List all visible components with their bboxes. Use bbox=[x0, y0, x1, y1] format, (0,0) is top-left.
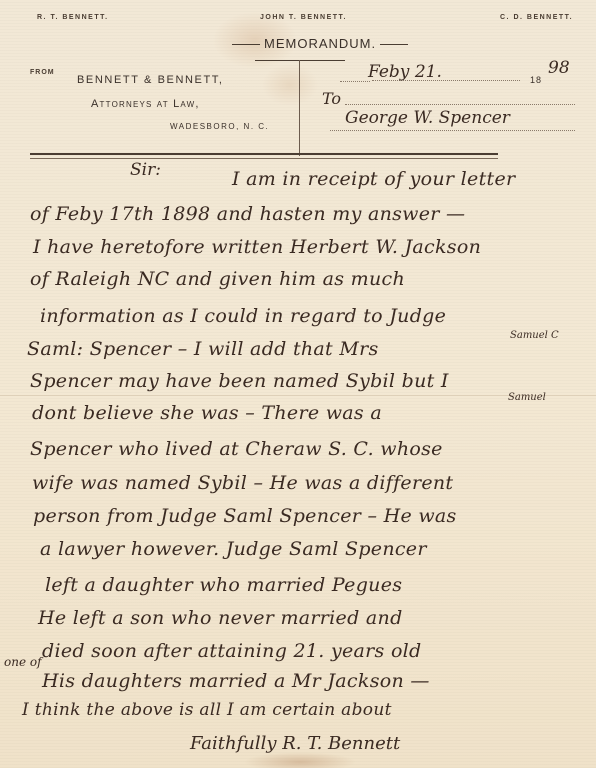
memorandum-letter: R. T. BENNETT. JOHN T. BENNETT. C. D. BE… bbox=[0, 0, 596, 768]
paper-fold-line bbox=[0, 395, 596, 396]
from-label: FROM bbox=[30, 69, 55, 76]
body-line-2: of Feby 17th 1898 and hasten my answer — bbox=[30, 203, 465, 225]
body-line-16: His daughters married a Mr Jackson — bbox=[42, 670, 430, 692]
body-line-15: died soon after attaining 21. years old bbox=[42, 640, 422, 662]
to-line bbox=[345, 104, 575, 105]
header-divider bbox=[299, 60, 300, 156]
body-line-17: I think the above is all I am certain ab… bbox=[22, 700, 392, 720]
body-line-1: I am in receipt of your letter bbox=[232, 168, 515, 190]
body-line-5: information as I could in regard to Judg… bbox=[40, 305, 446, 327]
year-prefix: 18 bbox=[530, 75, 542, 85]
header-rule-thick bbox=[30, 153, 498, 155]
partner-name-cd: C. D. BENNETT. bbox=[500, 14, 573, 21]
partner-name-john: JOHN T. BENNETT. bbox=[260, 14, 347, 21]
body-line-8: dont believe she was – There was a bbox=[32, 402, 382, 424]
title-ornament-rule bbox=[255, 60, 345, 61]
header-rule-thin bbox=[30, 158, 498, 159]
date-handwritten: Feby 21. bbox=[368, 62, 442, 82]
firm-name: BENNETT & BENNETT, bbox=[77, 74, 224, 86]
insertion-samuel-c: Samuel C bbox=[510, 330, 559, 341]
body-line-9: Spencer who lived at Cheraw S. C. whose bbox=[30, 438, 443, 460]
partner-name-rt: R. T. BENNETT. bbox=[37, 14, 109, 21]
salutation: Sir: bbox=[130, 160, 161, 180]
insertion-samuel: Samuel bbox=[508, 392, 546, 403]
body-line-10: wife was named Sybil – He was a differen… bbox=[32, 472, 453, 494]
memorandum-title: MEMORANDUM. bbox=[228, 36, 412, 51]
body-line-12: a lawyer however. Judge Saml Spencer bbox=[40, 538, 427, 560]
body-line-6: Saml: Spencer – I will add that Mrs bbox=[27, 338, 379, 360]
firm-subtitle: Attorneys at Law, bbox=[91, 98, 200, 110]
date-line-left bbox=[340, 81, 370, 82]
closing-signature: Faithfully R. T. Bennett bbox=[190, 733, 400, 754]
body-line-11: person from Judge Saml Spencer – He was bbox=[33, 505, 457, 527]
body-line-7: Spencer may have been named Sybil but I bbox=[30, 370, 449, 392]
addressee-handwritten: George W. Spencer bbox=[345, 108, 510, 128]
body-line-4: of Raleigh NC and given him as much bbox=[30, 268, 405, 290]
addressee-line bbox=[330, 130, 575, 131]
year-suffix-handwritten: 98 bbox=[548, 58, 570, 78]
to-label: To bbox=[322, 89, 341, 108]
margin-insertion-one-of: one of bbox=[4, 655, 42, 669]
body-line-14: He left a son who never married and bbox=[38, 607, 403, 629]
firm-city: WADESBORO, N. C. bbox=[170, 122, 269, 131]
body-line-13: left a daughter who married Pegues bbox=[45, 574, 402, 596]
body-line-3: I have heretofore written Herbert W. Jac… bbox=[33, 236, 481, 258]
